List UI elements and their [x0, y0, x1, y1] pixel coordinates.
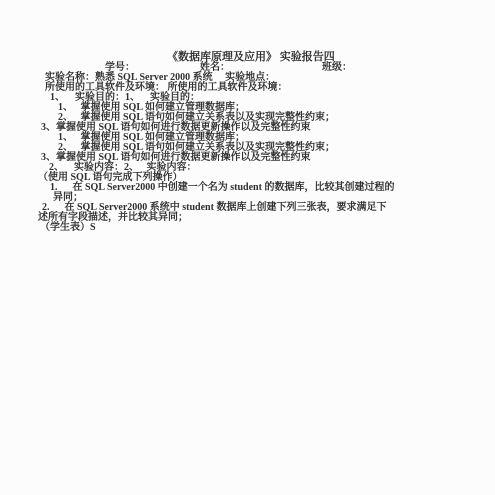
scanned-document-page: 《数据库原理及应用》 实验报告四 学号： 姓名： 班级： 实验名称：熟悉 SQL… — [0, 0, 495, 495]
lab-report-document: 《数据库原理及应用》 实验报告四 学号： 姓名： 班级： 实验名称：熟悉 SQL… — [0, 51, 495, 233]
student-id-label: 学号： — [105, 63, 135, 73]
document-title: 《数据库原理及应用》 实验报告四 — [0, 51, 495, 63]
class-label: 班级： — [322, 63, 352, 73]
student-info-row: 学号： 姓名： 班级： — [0, 63, 495, 73]
doc-line-student-table-label: （学生表）S — [0, 223, 495, 233]
student-name-label: 姓名： — [200, 63, 230, 73]
